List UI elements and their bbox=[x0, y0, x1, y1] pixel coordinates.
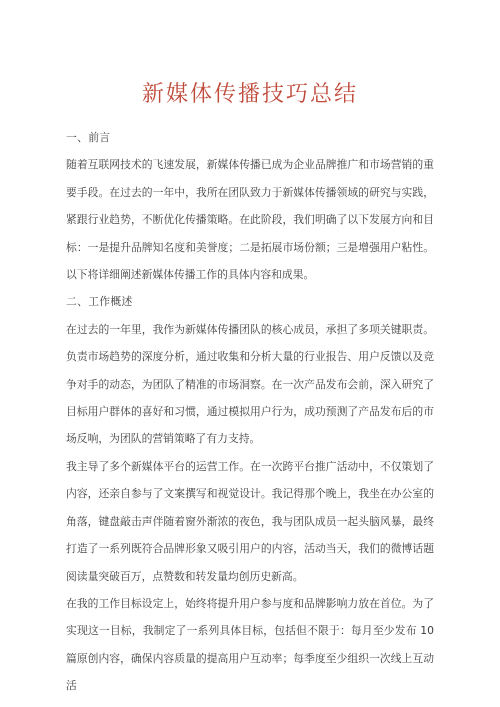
section-heading-work-overview: 二、工作概述 bbox=[66, 288, 434, 315]
document-title: 新媒体传播技巧总结 bbox=[66, 80, 434, 110]
section-work-overview: 二、工作概述 在过去的一年里，我作为新媒体传播团队的核心成员，承担了多项关键职责… bbox=[66, 288, 434, 699]
paragraph: 在我的工作目标设定上，始终将提升用户参与度和品牌影响力放在首位。为了实现这一目标… bbox=[66, 590, 434, 700]
section-heading-preface: 一、前言 bbox=[66, 124, 434, 151]
paragraph: 我主导了多个新媒体平台的运营工作。在一次跨平台推广活动中，不仅策划了内容，还亲自… bbox=[66, 453, 434, 590]
document-page: 新媒体传播技巧总结 一、前言 随着互联网技术的飞速发展，新媒体传播已成为企业品牌… bbox=[0, 0, 500, 707]
paragraph: 随着互联网技术的飞速发展，新媒体传播已成为企业品牌推广和市场营销的重要手段。在过… bbox=[66, 151, 434, 288]
paragraph: 在过去的一年里，我作为新媒体传播团队的核心成员，承担了多项关键职责。负责市场趋势… bbox=[66, 316, 434, 453]
document-body: 一、前言 随着互联网技术的飞速发展，新媒体传播已成为企业品牌推广和市场营销的重要… bbox=[66, 124, 434, 700]
section-preface: 一、前言 随着互联网技术的飞速发展，新媒体传播已成为企业品牌推广和市场营销的重要… bbox=[66, 124, 434, 288]
